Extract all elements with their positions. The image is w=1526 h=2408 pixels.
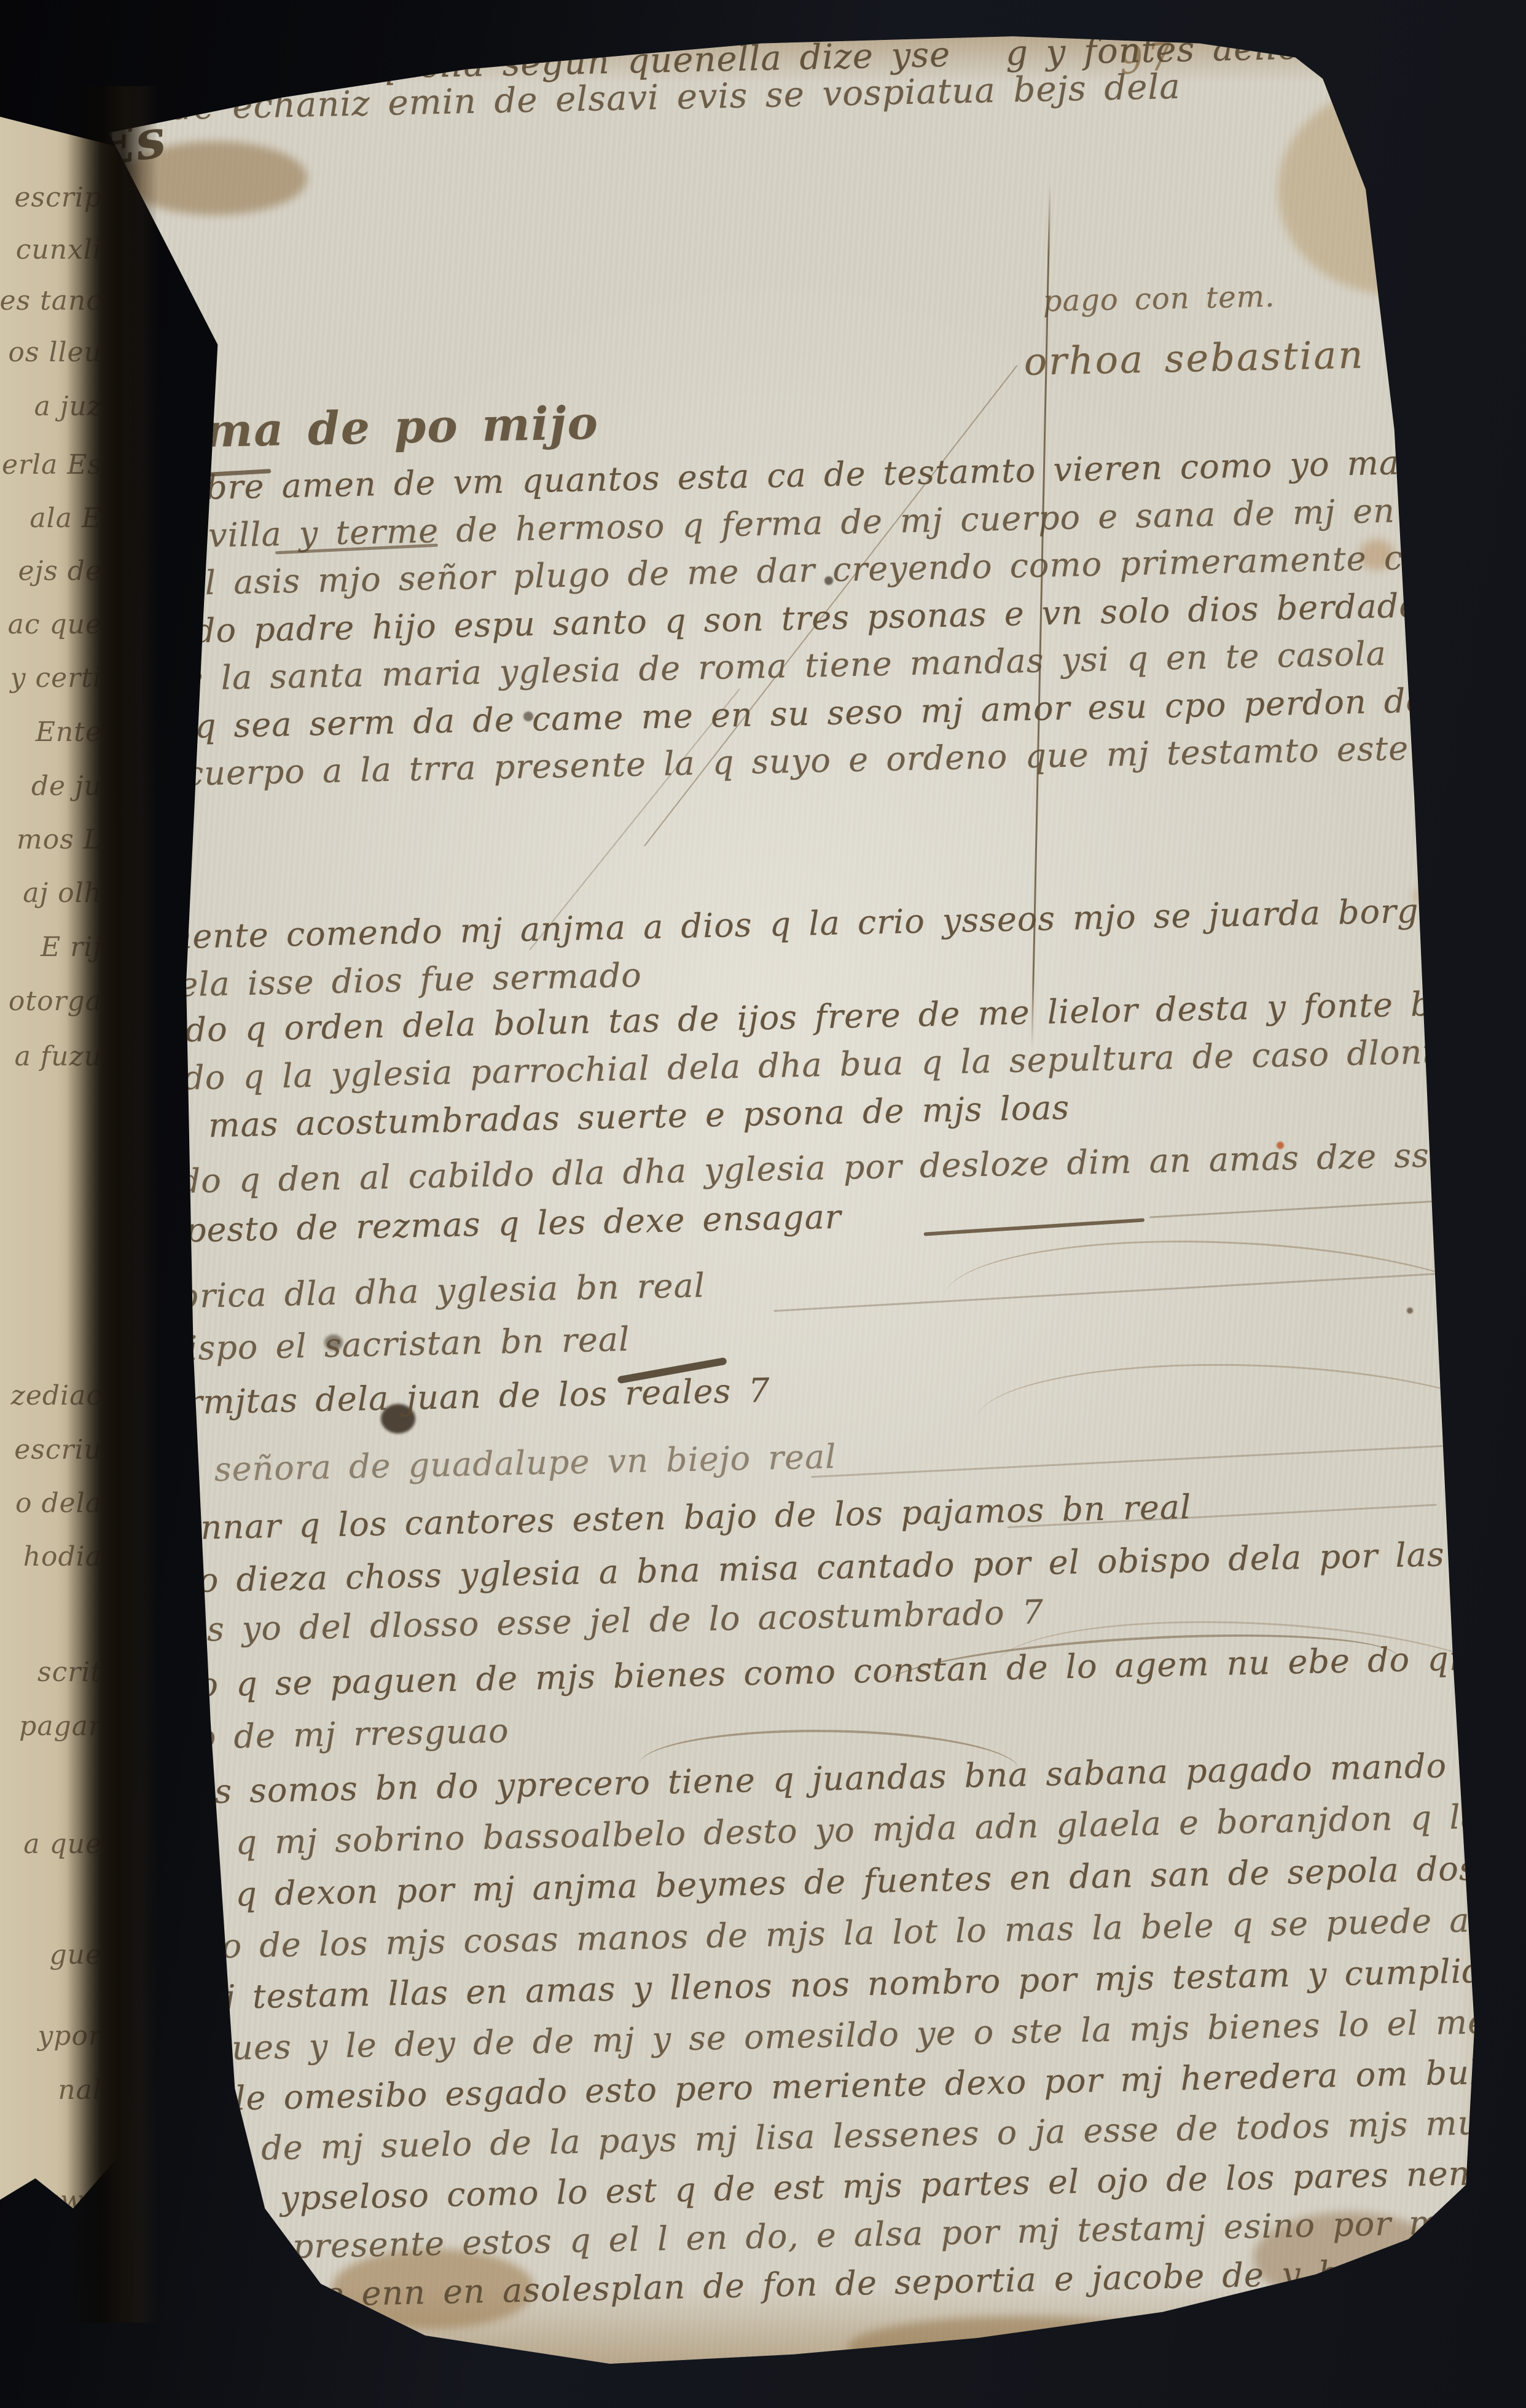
left-page-text-fragment: es tanc [0,288,102,315]
pen-trail-arc [974,1356,1526,1504]
payment-note: pago con tem. [1043,281,1275,317]
left-page-text-fragment: otorga [9,988,102,1015]
manuscript-line: de mas acostumbradas suerte e psona de m… [149,1091,1070,1145]
left-page-text-fragment: a juz [34,393,102,420]
left-page-text-fragment: pagar [19,1713,102,1740]
left-page-text-fragment: escrip [14,184,102,211]
left-page-text-fragment: escriu [14,1437,102,1464]
photographed-manuscript: escrip cunxli es tanc os lleu a juz erla… [0,0,1526,2408]
manuscript-line: q pesto de rezmas q les dexe ensagar [146,1200,842,1249]
left-page-text-fragment: scrit [37,1659,102,1686]
left-page-text-fragment: Ente [36,719,102,746]
section-heading: testama de po mijo [72,400,600,459]
manuscript-line: hermjtas dela juan de los reales 7 [144,1373,770,1421]
left-page-text-fragment: cunxli [16,237,102,264]
manuscript-line: obispo el sacristan bn real [144,1322,630,1367]
manuscript-line: mente comendo mj anjma a dios q la crio … [160,889,1526,955]
left-page-text-fragment: de ju [31,773,102,800]
left-page-text-fragment: mos L [17,826,102,853]
left-page-text-fragment: gue [49,1942,102,1969]
manuscript-line: yernnar q los cantores esten bajo de los… [144,1490,1192,1547]
left-page-text-fragment: hodia [23,1543,102,1571]
ink-layer: 97 cunplir aquella segun quenella dize y… [86,0,1526,2377]
signature-rubric [1406,476,1492,592]
manuscript-line: ones yo del dlosso esse jel de lo acostu… [144,1595,1044,1649]
left-page-text-fragment: ala E [29,505,102,532]
manuscript-line: dela isse dios fue sermado [156,958,642,1003]
ink-filler-line [1149,1196,1517,1218]
ink-filler-line [924,1218,1145,1236]
left-page-text-fragment: a fuzu [15,1043,102,1070]
facing-page-edge: escrip cunxli es tanc os lleu a juz erla… [0,117,118,2264]
left-page-text-fragment: ejs de [18,558,102,585]
manuscript-line: esto de mj rresguao [144,1714,509,1756]
left-page-text-fragment: zediac [11,1382,102,1410]
header-line: l de echaniz emin de elsavi evis se vosp… [141,69,1181,127]
left-page-text-fragment: y certi [10,665,102,692]
left-page-text-fragment: aj olh [23,880,102,907]
signature-rubric [1390,360,1497,554]
left-page-text-fragment: os lleu [8,339,102,366]
left-page-text-fragment: o dela [15,1490,102,1517]
header-line-right: g y fontes aello [1005,28,1299,74]
manuscript-line: ma señora de guadalupe vn biejo real [144,1440,837,1489]
left-page-text-fragment: erla Es [2,452,102,479]
left-page-text-fragment: ac que [8,611,102,638]
left-page-text-fragment: E rij [41,934,102,961]
manuscript-line: fabrica dla dha yglesia bn real [144,1268,706,1315]
left-page-text-fragment: a que [23,1831,102,1858]
manuscript-page: 97 cunplir aquella segun quenella dize y… [86,25,1517,2378]
left-page-text-fragment: ypor [37,2023,102,2050]
left-page-text-fragment: awn [44,2187,102,2214]
notary-signature: orhoa sebastian [1023,335,1365,382]
left-page-text-fragment: nal [58,2077,102,2104]
